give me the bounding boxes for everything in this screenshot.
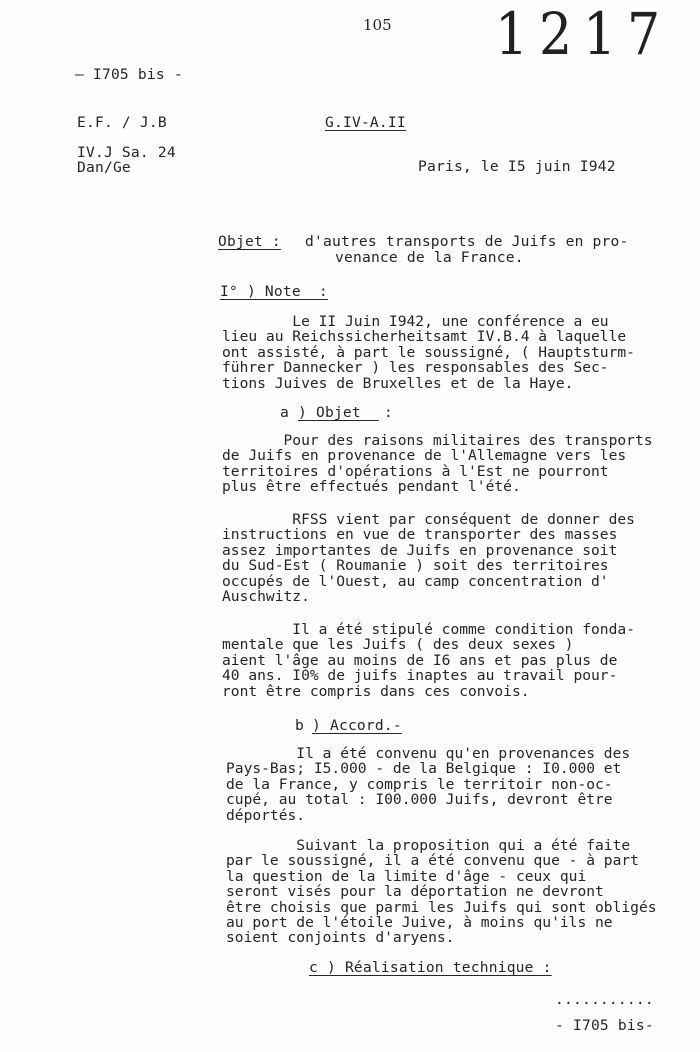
objet-paragraph-3: Il a été stipulé comme condition fonda- … (222, 622, 635, 699)
initials: E.F. / J.B (77, 115, 167, 130)
continuation-dots: ........... (555, 992, 654, 1007)
file-reference: IV.J Sa. 24 (77, 145, 176, 160)
section-note-heading: I° ) Note : (220, 284, 328, 299)
dictation-mark: Dan/Ge (77, 160, 131, 175)
objet-paragraph-2: RFSS vient par conséquent de donner des … (222, 512, 635, 604)
accord-paragraph-1: Il a été convenu qu'en provenances des P… (226, 746, 630, 823)
section-b-prefix: b (295, 718, 313, 733)
handwritten-page-number: 105 (363, 16, 392, 34)
date-line: Paris, le I5 juin I942 (418, 159, 616, 174)
section-a-heading: ) Objet (298, 405, 379, 420)
accord-paragraph-2: Suivant la proposition qui a été faite p… (226, 838, 657, 946)
continuation-reference: - I705 bis- (555, 1018, 654, 1033)
objet-paragraph-1: Pour des raisons militaires des transpor… (222, 433, 653, 495)
section-b-heading: ) Accord.- (312, 718, 402, 733)
subject-line-1: d'autres transports de Juifs en pro- (305, 234, 629, 249)
section-a-prefix: a (280, 405, 298, 420)
section-a-colon: : (384, 405, 393, 420)
handwritten-archive-number: 1217 (495, 0, 671, 68)
note-paragraph: Le II Juin I942, une conférence a eu lie… (222, 314, 635, 391)
subject-label: Objet : (218, 234, 281, 249)
office-code: G.IV-A.II (325, 115, 406, 130)
reference-top: — I705 bis - (75, 67, 183, 82)
section-c-heading: c ) Réalisation technique : (309, 960, 552, 975)
subject-line-2: venance de la France. (335, 250, 524, 265)
document-page: 105 1217 — I705 bis - E.F. / J.B G.IV-A.… (0, 0, 700, 1052)
